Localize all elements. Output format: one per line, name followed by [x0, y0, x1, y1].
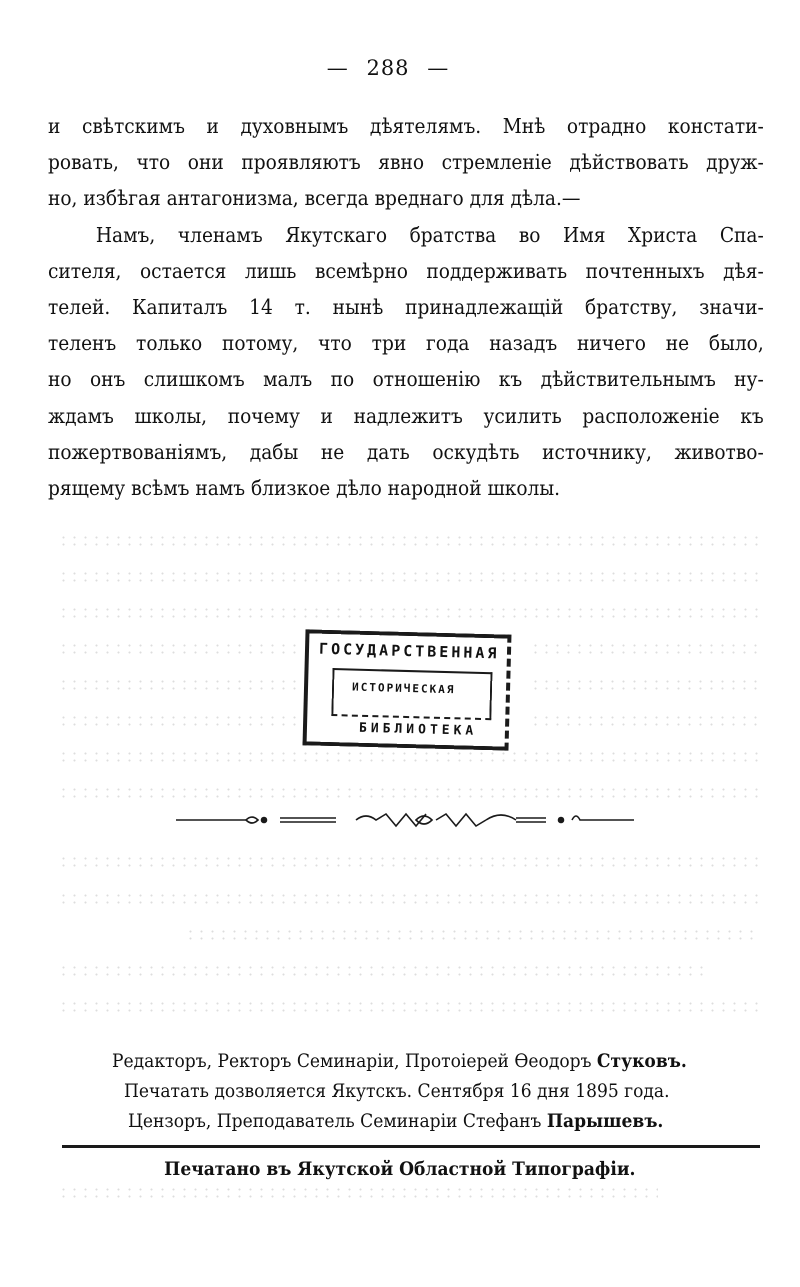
bleed-through-noise — [58, 855, 758, 869]
censor-name: Парышевъ. — [547, 1110, 664, 1132]
bleed-through-noise — [58, 964, 708, 978]
imprint-editor: Редакторъ, Ректоръ Семинаріи, Протоіерей… — [0, 1050, 800, 1072]
imprint-censor: Цензоръ, Преподаватель Семинаріи Стефанъ… — [0, 1110, 800, 1132]
bleed-through-noise — [58, 786, 758, 800]
bleed-through-noise — [58, 570, 758, 584]
editor-title: Редакторъ, Ректоръ Семинаріи, Протоіерей… — [112, 1050, 597, 1072]
ornament-divider-icon — [176, 808, 634, 832]
bleed-through-noise — [58, 1000, 758, 1014]
text-line: теленъ только потому, что три года назад… — [48, 325, 764, 361]
imprint-permission: Печатать дозволяется Якутскъ. Сентября 1… — [0, 1080, 800, 1102]
bleed-through-noise — [58, 714, 298, 728]
printer-line: Печатано въ Якутской Областной Типографі… — [0, 1158, 800, 1180]
body-text: и свѣтскимъ и духовнымъ дѣятелямъ. Мнѣ о… — [48, 108, 764, 506]
text-line: сителя, остается лишь всемѣрно поддержив… — [48, 253, 764, 289]
page-number: — 288 — — [0, 56, 776, 80]
page-number-dash-right: — — [427, 56, 449, 80]
stamp-middle-text: ИСТОРИЧЕСКАЯ — [352, 681, 456, 697]
text-line: ровать, что они проявляютъ явно стремлен… — [48, 144, 764, 180]
bleed-through-noise — [530, 678, 760, 692]
text-line: телей. Капиталъ 14 т. нынѣ принадлежащій… — [48, 289, 764, 325]
bleed-through-noise — [530, 642, 760, 656]
horizontal-rule — [62, 1145, 760, 1148]
text-line: ждамъ школы, почему и надлежитъ усилить … — [48, 398, 764, 434]
text-line: и свѣтскимъ и духовнымъ дѣятелямъ. Мнѣ о… — [48, 108, 764, 144]
bleed-through-noise — [185, 928, 760, 942]
bleed-through-noise — [58, 750, 758, 764]
text-line: рящему всѣмъ намъ близкое дѣло народной … — [48, 470, 764, 506]
text-line: но онъ слишкомъ малъ по отношенію къ дѣй… — [48, 361, 764, 397]
library-stamp: ГОСУДАРСТВЕННАЯ ИСТОРИЧЕСКАЯ БИБЛИОТЕКА — [303, 629, 512, 750]
censor-title: Цензоръ, Преподаватель Семинаріи Стефанъ — [128, 1110, 547, 1132]
stamp-bottom-text: БИБЛИОТЕКА — [359, 721, 478, 739]
bleed-through-noise — [530, 714, 760, 728]
bleed-through-noise — [58, 678, 298, 692]
page-number-value: 288 — [366, 56, 409, 80]
page-number-dash-left: — — [327, 56, 349, 80]
bleed-through-noise — [58, 642, 298, 656]
bleed-through-noise — [58, 534, 758, 548]
text-line: но, избѣгая антагонизма, всегда вреднаго… — [48, 180, 764, 216]
bleed-through-noise — [58, 606, 758, 620]
bleed-through-noise — [58, 892, 758, 906]
permission-text: Печатать дозволяется Якутскъ. Сентября 1… — [124, 1080, 670, 1102]
text-line: Намъ, членамъ Якутскаго братства во Имя … — [48, 217, 764, 253]
bleed-through-noise — [58, 1186, 658, 1200]
printer-text: Печатано въ Якутской Областной Типографі… — [164, 1158, 635, 1180]
text-line: пожертвованіямъ, дабы не дать оскудѣть и… — [48, 434, 764, 470]
editor-name: Стуковъ. — [597, 1050, 687, 1072]
